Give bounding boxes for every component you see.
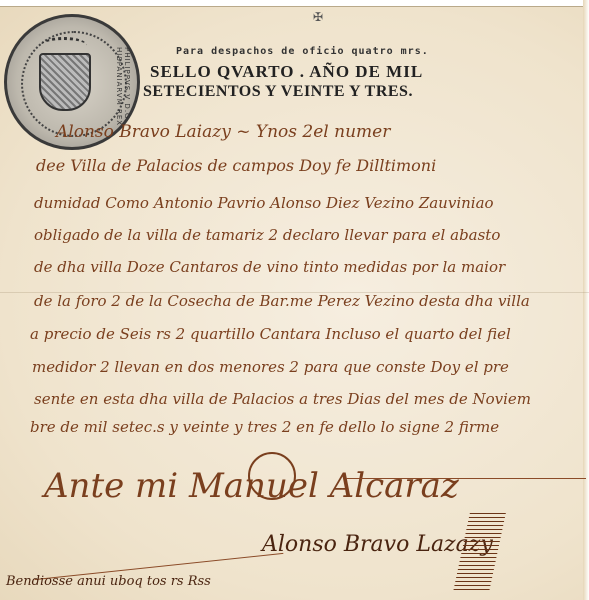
notary-rubric-flourish — [248, 452, 296, 500]
crown-icon — [41, 37, 87, 54]
manuscript-line-4: obligado de la villa de tamariz 2 declar… — [34, 226, 500, 244]
manuscript-line-8: medidor 2 llevan en dos menores 2 para q… — [32, 358, 509, 376]
signature-rule — [346, 478, 586, 479]
manuscript-line-9: sente en esta dha villa de Palacios a tr… — [34, 390, 531, 408]
page-right-edge — [583, 0, 589, 600]
manuscript-line-10: bre de mil setec.s y veinte y tres 2 en … — [30, 418, 499, 436]
manuscript-line-2: dee Villa de Palacios de campos Doy fe D… — [36, 156, 436, 175]
manuscript-line-6: de la foro 2 de la Cosecha de Bar.me Per… — [34, 292, 530, 310]
manuscript-line-7: a precio de Seis rs 2 quartillo Cantara … — [30, 325, 511, 343]
stamp-tax-line: Para despachos de oficio quatro mrs. — [176, 46, 429, 57]
seal-legend: PHILIPPVS V D.G. HISPANIARVM REX — [117, 47, 131, 127]
party-signature: Alonso Bravo Lazazy — [262, 532, 493, 557]
coat-of-arms-icon — [39, 53, 91, 111]
stamp-year-line: SETECIENTOS Y VEINTE Y TRES. — [143, 83, 413, 101]
manuscript-line-1: Alonso Bravo Laiazy ~ Ynos 2el numer — [56, 122, 390, 142]
stamp-title-line: SELLO QVARTO . AÑO DE MIL — [150, 62, 423, 82]
manuscript-line-5: de dha villa Doze Cantaros de vino tinto… — [34, 258, 505, 276]
cross-icon: ✠ — [313, 10, 323, 24]
footer-note: Bendiosse anui uboq tos rs Rss — [6, 574, 211, 589]
manuscript-line-3: dumidad Como Antonio Pavrio Alonso Diez … — [34, 194, 494, 212]
page-top-edge — [0, 0, 589, 7]
